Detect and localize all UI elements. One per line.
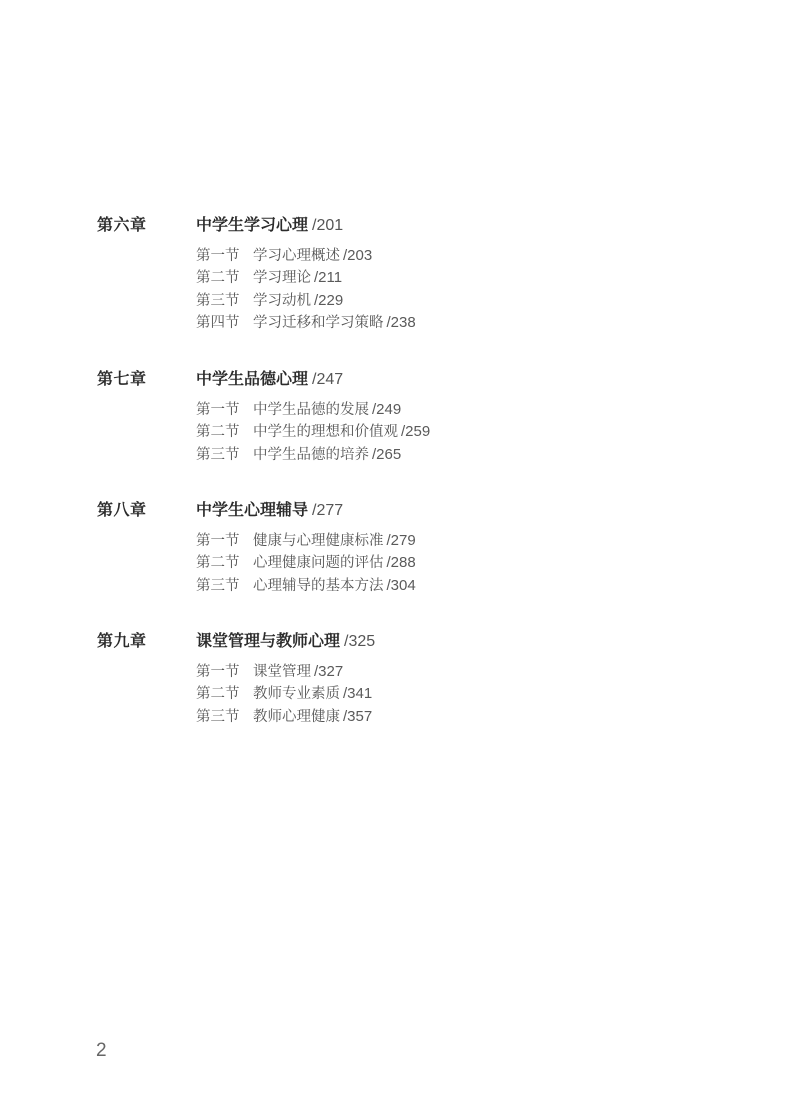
chapter-label: 第八章	[97, 498, 147, 522]
section-page: /304	[387, 577, 416, 594]
chapter-7: 第七章 中学生品德心理/247 第一节 中学生品德的发展/249 第二节 中学生…	[0, 367, 800, 466]
section-title: 学习迁移和学习策略	[253, 315, 384, 331]
chapter-title-link[interactable]: 中学生品德心理/247	[196, 367, 343, 392]
section-entry[interactable]: 第二节 教师专业素质/341	[0, 683, 800, 705]
section-entry[interactable]: 第二节 心理健康问题的评估/288	[0, 552, 800, 574]
section-label: 第三节	[196, 575, 240, 597]
chapter-title-link[interactable]: 中学生心理辅导/277	[196, 498, 343, 523]
chapter-heading: 第九章 课堂管理与教师心理/325	[0, 629, 800, 653]
chapter-9: 第九章 课堂管理与教师心理/325 第一节 课堂管理/327 第二节 教师专业素…	[0, 629, 800, 728]
section-page: /357	[343, 708, 372, 725]
chapter-title: 中学生品德心理	[196, 369, 308, 388]
chapter-page: /325	[344, 633, 375, 650]
section-label: 第二节	[196, 267, 240, 289]
chapter-title-link[interactable]: 课堂管理与教师心理/325	[196, 629, 375, 654]
chapter-label: 第七章	[97, 367, 147, 391]
section-entry[interactable]: 第二节 中学生的理想和价值观/259	[0, 421, 800, 443]
chapter-label: 第六章	[97, 213, 147, 237]
page-number: 2	[96, 1040, 107, 1062]
section-entry[interactable]: 第一节 课堂管理/327	[0, 661, 800, 683]
section-title: 学习理论	[253, 270, 311, 286]
chapter-heading: 第八章 中学生心理辅导/277	[0, 498, 800, 522]
section-label: 第二节	[196, 421, 240, 443]
section-title: 课堂管理	[253, 664, 311, 680]
section-page: /203	[343, 247, 372, 264]
section-title: 心理健康问题的评估	[253, 555, 384, 571]
section-title: 教师专业素质	[253, 686, 340, 702]
section-title: 教师心理健康	[253, 709, 340, 725]
section-label: 第二节	[196, 552, 240, 574]
section-title: 心理辅导的基本方法	[253, 578, 384, 594]
section-entry[interactable]: 第二节 学习理论/211	[0, 267, 800, 289]
section-entry[interactable]: 第一节 健康与心理健康标准/279	[0, 530, 800, 552]
section-label: 第一节	[196, 530, 240, 552]
section-page: /288	[387, 554, 416, 571]
section-entry[interactable]: 第四节 学习迁移和学习策略/238	[0, 312, 800, 334]
section-page: /211	[314, 269, 342, 286]
section-list: 第一节 健康与心理健康标准/279 第二节 心理健康问题的评估/288 第三节 …	[0, 530, 800, 597]
section-page: /259	[401, 423, 430, 440]
section-entry[interactable]: 第三节 中学生品德的培养/265	[0, 444, 800, 466]
chapter-page: /201	[312, 217, 343, 234]
section-title: 健康与心理健康标准	[253, 533, 384, 549]
section-list: 第一节 课堂管理/327 第二节 教师专业素质/341 第三节 教师心理健康/3…	[0, 661, 800, 728]
section-title: 中学生品德的培养	[253, 447, 369, 463]
section-label: 第二节	[196, 683, 240, 705]
chapter-page: /277	[312, 502, 343, 519]
section-title: 学习动机	[253, 293, 311, 309]
section-page: /229	[314, 292, 343, 309]
chapter-page: /247	[312, 371, 343, 388]
chapter-title: 中学生学习心理	[196, 215, 308, 234]
section-page: /238	[387, 314, 416, 331]
section-label: 第三节	[196, 290, 240, 312]
section-title: 中学生品德的发展	[253, 402, 369, 418]
section-title: 学习心理概述	[253, 248, 340, 264]
section-entry[interactable]: 第一节 中学生品德的发展/249	[0, 399, 800, 421]
chapter-8: 第八章 中学生心理辅导/277 第一节 健康与心理健康标准/279 第二节 心理…	[0, 498, 800, 597]
section-page: /265	[372, 446, 401, 463]
chapter-heading: 第六章 中学生学习心理/201	[0, 213, 800, 237]
section-label: 第一节	[196, 245, 240, 267]
chapter-6: 第六章 中学生学习心理/201 第一节 学习心理概述/203 第二节 学习理论/…	[0, 213, 800, 334]
chapter-heading: 第七章 中学生品德心理/247	[0, 367, 800, 391]
section-label: 第三节	[196, 706, 240, 728]
chapter-title-link[interactable]: 中学生学习心理/201	[196, 213, 343, 238]
section-label: 第四节	[196, 312, 240, 334]
chapter-title: 中学生心理辅导	[196, 500, 308, 519]
section-entry[interactable]: 第三节 心理辅导的基本方法/304	[0, 575, 800, 597]
section-entry[interactable]: 第三节 教师心理健康/357	[0, 706, 800, 728]
section-page: /327	[314, 663, 343, 680]
section-page: /249	[372, 401, 401, 418]
section-page: /279	[387, 532, 416, 549]
section-list: 第一节 中学生品德的发展/249 第二节 中学生的理想和价值观/259 第三节 …	[0, 399, 800, 466]
section-list: 第一节 学习心理概述/203 第二节 学习理论/211 第三节 学习动机/229…	[0, 245, 800, 334]
section-entry[interactable]: 第三节 学习动机/229	[0, 290, 800, 312]
section-entry[interactable]: 第一节 学习心理概述/203	[0, 245, 800, 267]
section-title: 中学生的理想和价值观	[253, 424, 398, 440]
chapter-label: 第九章	[97, 629, 147, 653]
section-label: 第一节	[196, 399, 240, 421]
section-page: /341	[343, 685, 372, 702]
section-label: 第一节	[196, 661, 240, 683]
section-label: 第三节	[196, 444, 240, 466]
chapter-title: 课堂管理与教师心理	[196, 631, 340, 650]
